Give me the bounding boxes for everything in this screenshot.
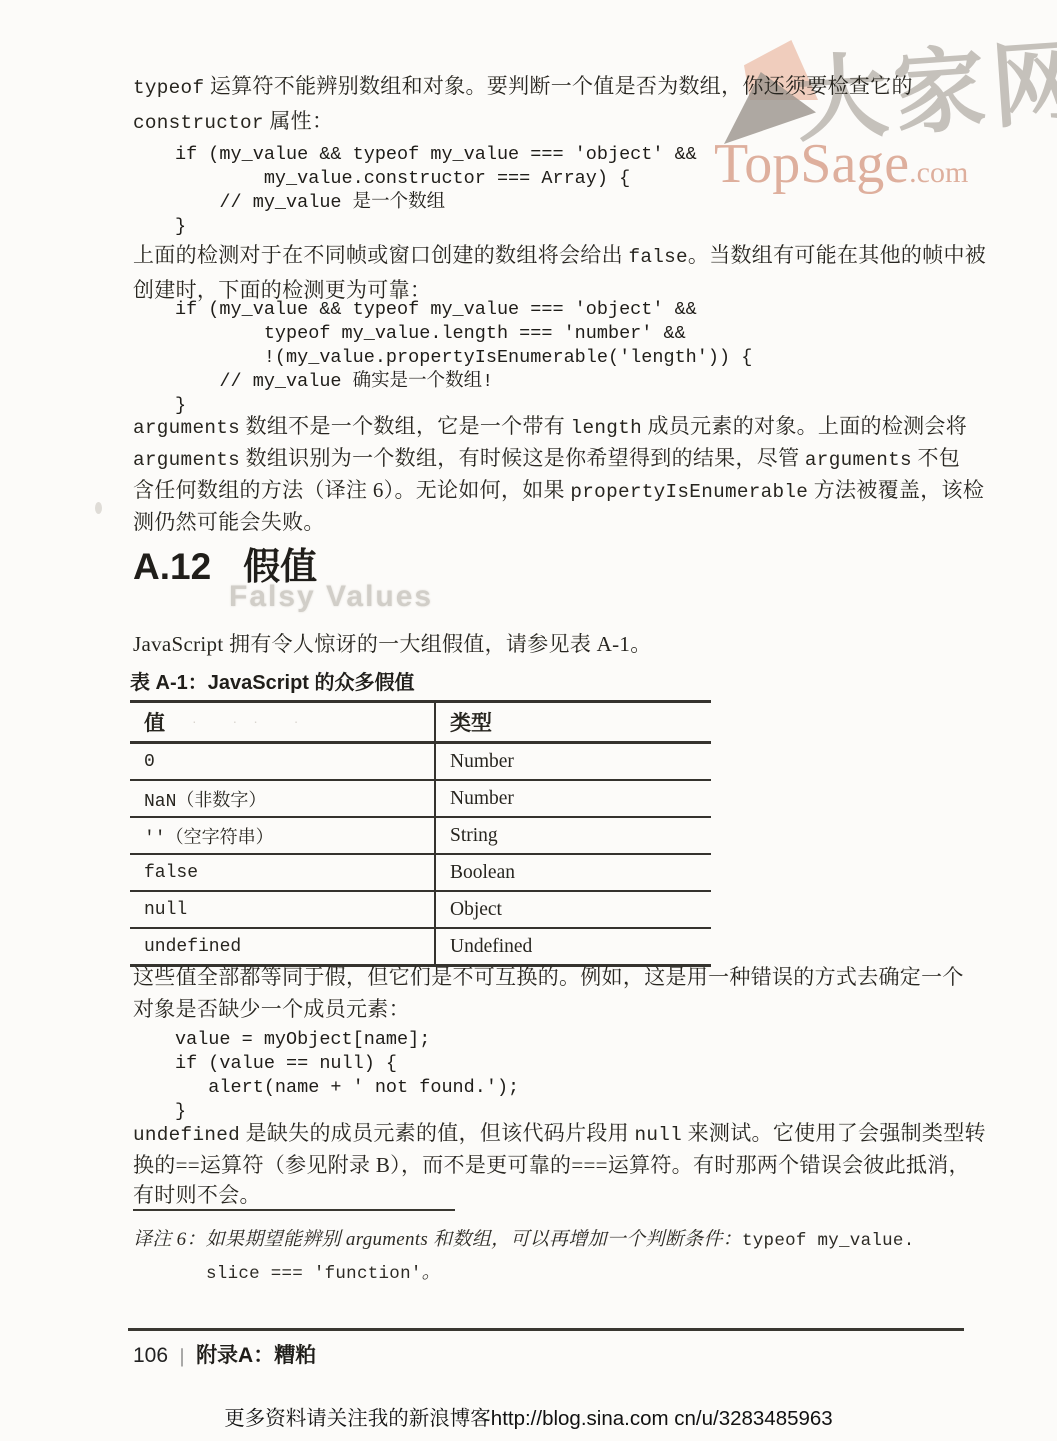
footnote-rule [133, 1209, 455, 1211]
chapter-title: 附录A：糟粕 [196, 1339, 316, 1369]
table-row: NaN（非数字）Number [130, 780, 711, 817]
table-row: nullObject [130, 891, 711, 928]
table-row: 0Number [130, 743, 711, 781]
page-footer: 106 | 附录A：糟粕 [133, 1339, 316, 1369]
type-cell: Object [435, 891, 711, 928]
section-number: A.12 [133, 546, 211, 588]
type-cell: Boolean [435, 854, 711, 891]
table-header-type: 类型 [435, 702, 711, 743]
type-cell: Number [435, 780, 711, 817]
watermark-brand-main: TopSage [714, 133, 909, 195]
code-block-null-check: value = myObject[name];if (value == null… [175, 1028, 519, 1124]
table-row: undefinedUndefined [130, 928, 711, 966]
table-header-row: 值· ·· · 类型 [130, 702, 711, 743]
code-block-robust-check: if (my_value && typeof my_value === 'obj… [175, 298, 752, 418]
ghost-english-subtitle: Falsy Values [229, 580, 433, 614]
paragraph-frames: 上面的检测对于在不同帧或窗口创建的数组将会给出 false。当数组有可能在其他的… [133, 239, 986, 307]
footnote: 译注 6：如果期望能辨别 arguments 和数组，可以再增加一个判断条件：t… [133, 1224, 915, 1290]
paragraph-arguments: arguments 数组不是一个数组，它是一个带有 length 成员元素的对象… [133, 411, 984, 537]
table-row: ''（空字符串）String [130, 817, 711, 854]
blog-note: 更多资料请关注我的新浪博客http://blog.sina.com cn/u/3… [224, 1401, 832, 1431]
paragraph-falsy-equal: 这些值全部都等同于假，但它们是不可互换的。例如，这是用一种错误的方式去确定一个对… [133, 961, 964, 1025]
value-cell: NaN（非数字） [130, 780, 435, 817]
margin-smudge [95, 502, 102, 514]
value-cell: false [130, 854, 435, 891]
table-header-value: 值· ·· · [130, 702, 435, 743]
footer-divider: | [180, 1345, 184, 1368]
scanned-book-page: 大家网 TopSage.com typeof 运算符不能辨别数组和对象。要判断一… [0, 0, 1057, 1441]
type-cell: String [435, 817, 711, 854]
table-intro: JavaScript 拥有令人惊讶的一大组假值，请参见表 A-1。 [133, 628, 652, 661]
paragraph-typeof: typeof 运算符不能辨别数组和对象。要判断一个值是否为数组，你还须要检查它的… [133, 70, 913, 140]
page-number: 106 [133, 1344, 168, 1368]
table-row: falseBoolean [130, 854, 711, 891]
type-cell: Number [435, 743, 711, 781]
type-cell: Undefined [435, 928, 711, 966]
paragraph-undefined: undefined 是缺失的成员元素的值，但该代码片段用 null 来测试。它使… [133, 1118, 986, 1210]
watermark-brand-suffix: .com [909, 156, 968, 189]
value-cell: ''（空字符串） [130, 817, 435, 854]
code-block-constructor-check: if (my_value && typeof my_value === 'obj… [175, 143, 697, 239]
value-cell: 0 [130, 743, 435, 781]
footer-rule [128, 1328, 964, 1331]
falsy-values-table: 值· ·· · 类型 0Number NaN（非数字）Number ''（空字符… [130, 700, 711, 967]
value-cell: null [130, 891, 435, 928]
table-caption: 表 A-1：JavaScript 的众多假值 [130, 666, 415, 695]
print-bleed-smudge: · ·· · [192, 713, 314, 729]
watermark-brand: TopSage.com [714, 132, 968, 196]
value-cell: undefined [130, 928, 435, 966]
